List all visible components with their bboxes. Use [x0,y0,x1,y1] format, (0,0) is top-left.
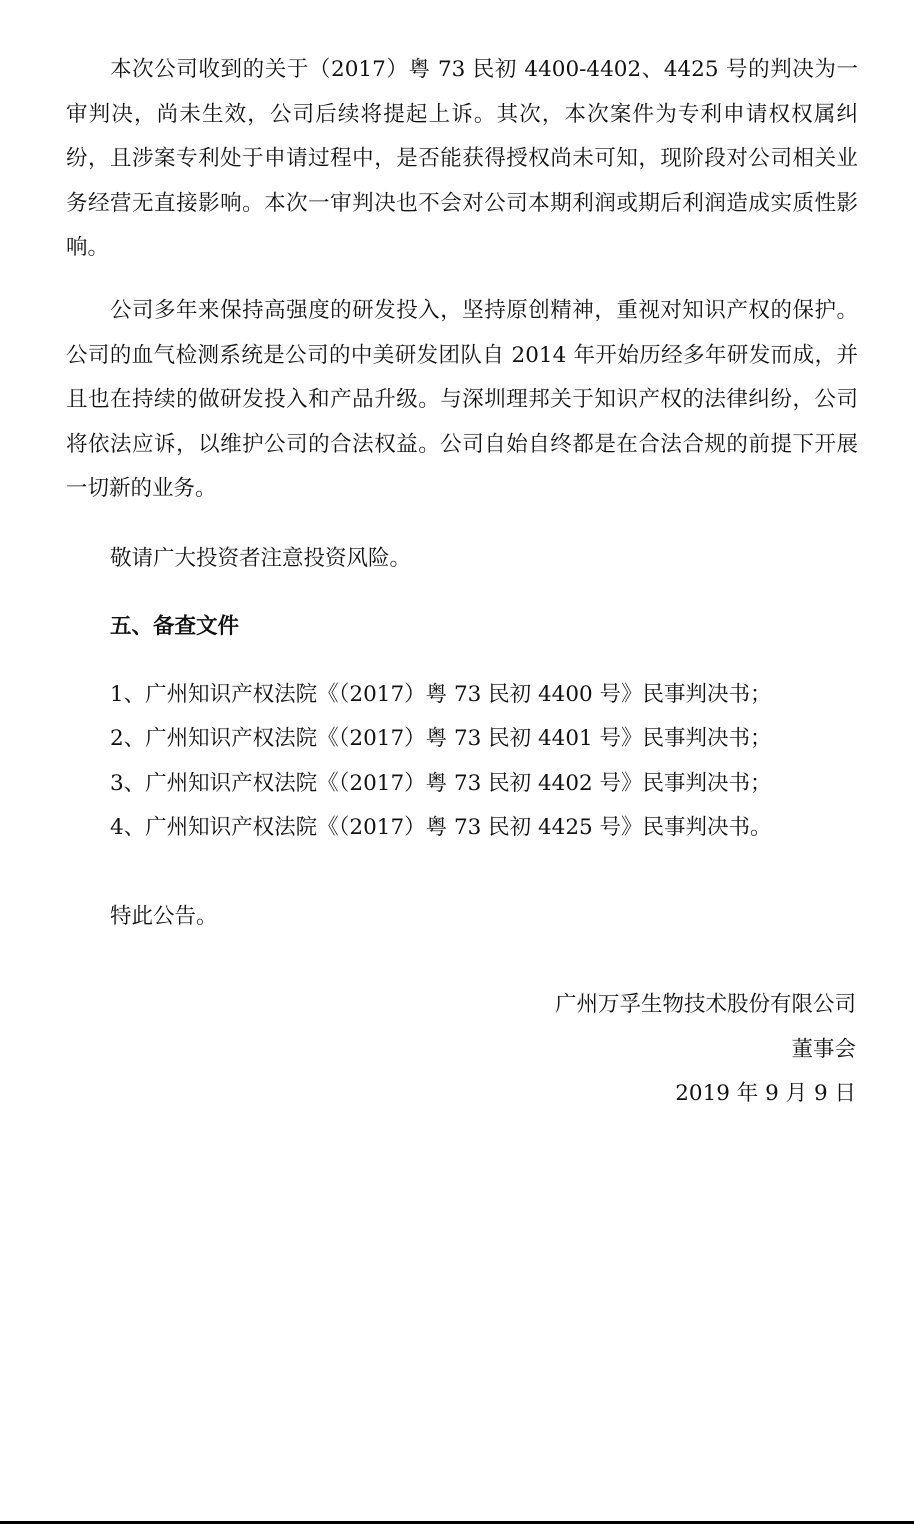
risk-notice: 敬请广大投资者注意投资风险。 [110,544,411,574]
reference-document-4: 4、广州知识产权法院《（2017）粤 73 民初 4425 号》民事判决书。 [110,813,772,843]
signature-company: 广州万孚生物技术股份有限公司 [555,990,856,1020]
signature-date: 2019 年 9 月 9 日 [675,1079,856,1109]
document-page: 本次公司收到的关于（2017）粤 73 民初 4400-4402、4425 号的… [0,0,914,1521]
section-heading: 五、备查文件 [110,612,239,642]
reference-document-3: 3、广州知识产权法院《（2017）粤 73 民初 4402 号》民事判决书； [110,769,772,799]
paragraph-rnd: 公司多年来保持高强度的研发投入，坚持原创精神，重视对知识产权的保护。公司的血气检… [66,289,858,512]
closing-statement: 特此公告。 [110,902,218,932]
paragraph-judgment: 本次公司收到的关于（2017）粤 73 民初 4400-4402、4425 号的… [66,48,858,271]
reference-document-1: 1、广州知识产权法院《（2017）粤 73 民初 4400 号》民事判决书； [110,680,772,710]
signature-board: 董事会 [791,1035,856,1065]
reference-document-2: 2、广州知识产权法院《（2017）粤 73 民初 4401 号》民事判决书； [110,724,772,754]
